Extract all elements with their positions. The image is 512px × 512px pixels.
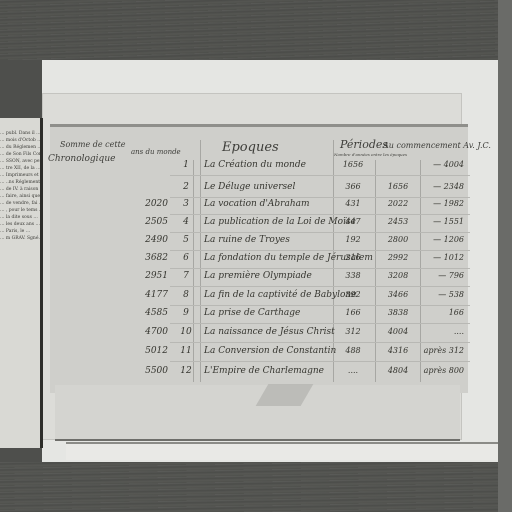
avant-jc: — 1551	[422, 217, 464, 226]
avant-jc: — 796	[422, 271, 464, 280]
epoque-name: Le Déluge universel	[204, 182, 295, 192]
epoque-number: 10	[180, 327, 192, 337]
ans-du-monde: 5500	[140, 366, 168, 376]
header-avant-jc-text: Av. J.C.	[463, 141, 491, 150]
ans-du-monde: 4177	[140, 290, 168, 300]
epoque-name: La Création du monde	[204, 160, 306, 170]
book-line: … , pour le tems …	[0, 207, 42, 214]
book-line: … mois d'Octob …	[0, 137, 42, 144]
ans-du-monde: 4585	[140, 308, 168, 318]
epoque-number: 12	[180, 366, 192, 376]
avant-jc: — 538	[422, 290, 464, 299]
book-text: … publ. Dans il … … mois d'Octob … … du …	[0, 130, 42, 242]
header-periodes: Périodes	[340, 138, 388, 151]
book-line: … publ. Dans il …	[0, 130, 42, 137]
epoque-name: La naissance de Jésus Christ	[204, 327, 335, 337]
au-commencement: 4316	[380, 346, 416, 355]
book-line: … Imprimeurs et Libr …	[0, 172, 42, 179]
ans-du-monde: 2490	[140, 235, 168, 245]
au-commencement: 4804	[380, 366, 416, 375]
book-line: … les deux ans …	[0, 221, 42, 228]
epoque-number: 7	[180, 271, 192, 281]
au-commencement: 2022	[380, 199, 416, 208]
epoque-name: La fin de la captivité de Babylone	[204, 290, 357, 300]
epoque-name: La Conversion de Constantin	[204, 346, 336, 356]
open-book-page: … publ. Dans il … … mois d'Octob … … du …	[0, 118, 42, 448]
ans-du-monde: 5012	[140, 346, 168, 356]
epoque-number: 6	[180, 253, 192, 263]
epoque-name: La ruine de Troyes	[204, 235, 290, 245]
periode-years: 366	[338, 182, 368, 191]
epoque-name: L'Empire de Charlemagne	[204, 366, 324, 376]
ans-du-monde: 2505	[140, 217, 168, 227]
periode-years: 338	[338, 271, 368, 280]
book-line: … m GRAV. Sgné.	[0, 235, 42, 242]
book-line: … SSON, avec perm …	[0, 158, 42, 165]
epoque-number: 2	[180, 182, 192, 192]
book-line: … ..ns Réglements …	[0, 179, 42, 186]
book-line: … de IV. à raison …	[0, 186, 42, 193]
au-commencement: 3838	[380, 308, 416, 317]
periode-years: 216	[338, 253, 368, 262]
table-row: 550012L'Empire de Charlemagne....4804apr…	[130, 362, 470, 384]
book-line: … de vendre, fai …	[0, 200, 42, 207]
avant-jc: 166	[422, 308, 464, 317]
book-line: … tre XII, de la …	[0, 165, 42, 172]
ans-du-monde: 3682	[140, 253, 168, 263]
book-line: … de Son Fils Condé.	[0, 151, 42, 158]
periode-years: 392	[338, 290, 368, 299]
book-line: … faire, ainsi que …	[0, 193, 42, 200]
book-line: … du Réglemen …	[0, 144, 42, 151]
periode-years: 166	[338, 308, 368, 317]
avant-jc: — 2348	[422, 182, 464, 191]
table-row: 1La Création du monde1656— 4004	[130, 156, 470, 178]
epoque-name: La publication de la Loi de Moïse	[204, 217, 356, 227]
au-commencement: 1656	[380, 182, 416, 191]
au-commencement: 4004	[380, 327, 416, 336]
book-spine	[40, 118, 43, 448]
periode-years: ....	[338, 366, 368, 375]
ans-du-monde: 2020	[140, 199, 168, 209]
epoque-number: 4	[180, 217, 192, 227]
au-commencement: 3466	[380, 290, 416, 299]
epoque-number: 3	[180, 199, 192, 209]
header-somme: Somme de cette	[60, 140, 126, 149]
avant-jc: après 312	[422, 346, 464, 355]
book-line: … Paris, le …	[0, 228, 42, 235]
au-commencement: 2800	[380, 235, 416, 244]
table-row: 501211La Conversion de Constantin4884316…	[130, 342, 470, 364]
avant-jc: — 4004	[422, 160, 464, 169]
periode-years: 431	[338, 199, 368, 208]
avant-jc: ....	[422, 327, 464, 336]
epoque-name: La première Olympiade	[204, 271, 312, 281]
epoque-number: 11	[180, 346, 192, 356]
au-commencement: 2992	[380, 253, 416, 262]
avant-jc: — 1012	[422, 253, 464, 262]
epoque-name: La vocation d'Abraham	[204, 199, 310, 209]
epoque-number: 9	[180, 308, 192, 318]
avant-jc: — 1206	[422, 235, 464, 244]
header-epoques: Epoques	[222, 140, 279, 155]
periode-years: 312	[338, 327, 368, 336]
mount-bottom-strip	[66, 442, 498, 460]
epoque-number: 5	[180, 235, 192, 245]
manuscript-sheet-lower	[55, 385, 460, 441]
wooden-surface-bottom	[0, 462, 512, 512]
header-au-commencement-text: Au commencement	[383, 141, 461, 150]
avant-jc: — 1982	[422, 199, 464, 208]
header-au-commencement: Au commencement Av. J.C.	[383, 141, 491, 150]
au-commencement: 2453	[380, 217, 416, 226]
epoque-number: 8	[180, 290, 192, 300]
au-commencement: 3208	[380, 271, 416, 280]
wooden-surface-top	[0, 0, 512, 60]
right-edge	[498, 0, 512, 512]
header-ans-du-monde: ans du monde	[131, 148, 181, 156]
periode-years: 1656	[338, 160, 368, 169]
periode-years: 192	[338, 235, 368, 244]
ans-du-monde: 4700	[140, 327, 168, 337]
ans-du-monde: 2951	[140, 271, 168, 281]
avant-jc: après 800	[422, 366, 464, 375]
epoque-name: La prise de Carthage	[204, 308, 300, 318]
row-rule	[170, 175, 470, 176]
periode-years: 447	[338, 217, 368, 226]
book-line: … la dite sous …	[0, 214, 42, 221]
header-chronologique: Chronologique	[48, 154, 115, 164]
epoque-number: 1	[180, 160, 192, 170]
periode-years: 488	[338, 346, 368, 355]
